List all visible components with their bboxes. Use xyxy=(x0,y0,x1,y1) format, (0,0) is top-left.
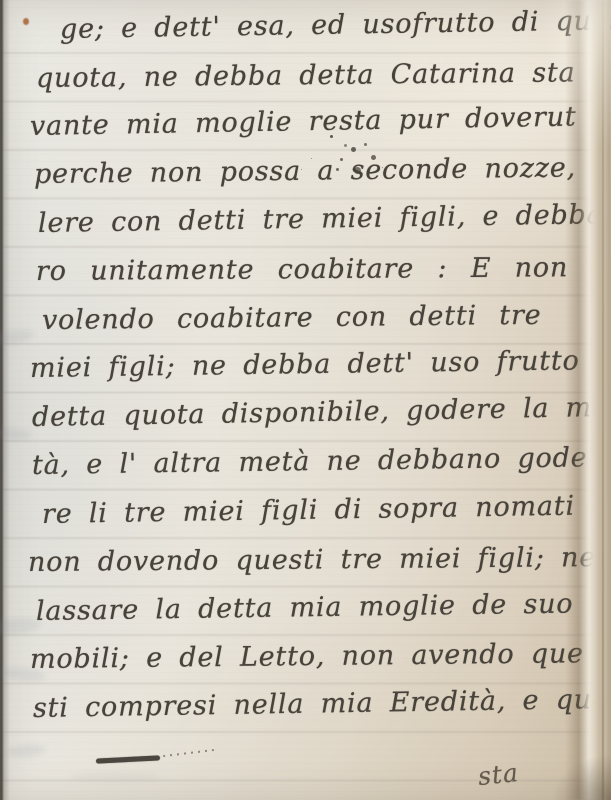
manuscript-line: mobili; e del Letto, non avendo que xyxy=(30,638,584,675)
manuscript-line: non dovendo questi tre miei figli; ne xyxy=(28,542,596,578)
manuscript-line: volendo coabitare con detti tre xyxy=(42,300,542,336)
manuscript-line: vante mia moglie resta pur doverut xyxy=(30,101,577,142)
page-corner-shadow xyxy=(551,754,611,800)
manuscript-line: perche non possa a seconde nozze, p xyxy=(34,152,611,190)
manuscript-line: sti compresi nella mia Eredità, e que xyxy=(33,684,609,724)
manuscript-line: ro unitamente coabitare : E non xyxy=(36,252,568,287)
page-corner-highlight xyxy=(541,0,611,150)
manuscript-line: miei figli; ne debba dett' uso frutto xyxy=(30,345,580,384)
manuscript-line: tà, e l' altra metà ne debbano gode xyxy=(32,442,588,481)
catchword: sta xyxy=(477,758,521,791)
manuscript-line: lassare la detta mia moglie de suo xyxy=(36,588,574,627)
manuscript-line: detta quota disponibile, godere la me xyxy=(32,392,609,433)
manuscript-text-block: ge; e dett' esa, ed usofrutto di questa … xyxy=(0,0,611,800)
manuscript-line: quota, ne debba detta Catarina sta xyxy=(36,57,576,94)
manuscript-line: lere con detti tre miei figli, e debba xyxy=(38,199,604,239)
manuscript-line: re li tre miei figli di sopra nomati xyxy=(42,491,575,530)
manuscript-line: ge; e dett' esa, ed usofrutto di questa xyxy=(60,5,611,45)
manuscript-photo: ge; e dett' esa, ed usofrutto di questa … xyxy=(0,0,611,800)
